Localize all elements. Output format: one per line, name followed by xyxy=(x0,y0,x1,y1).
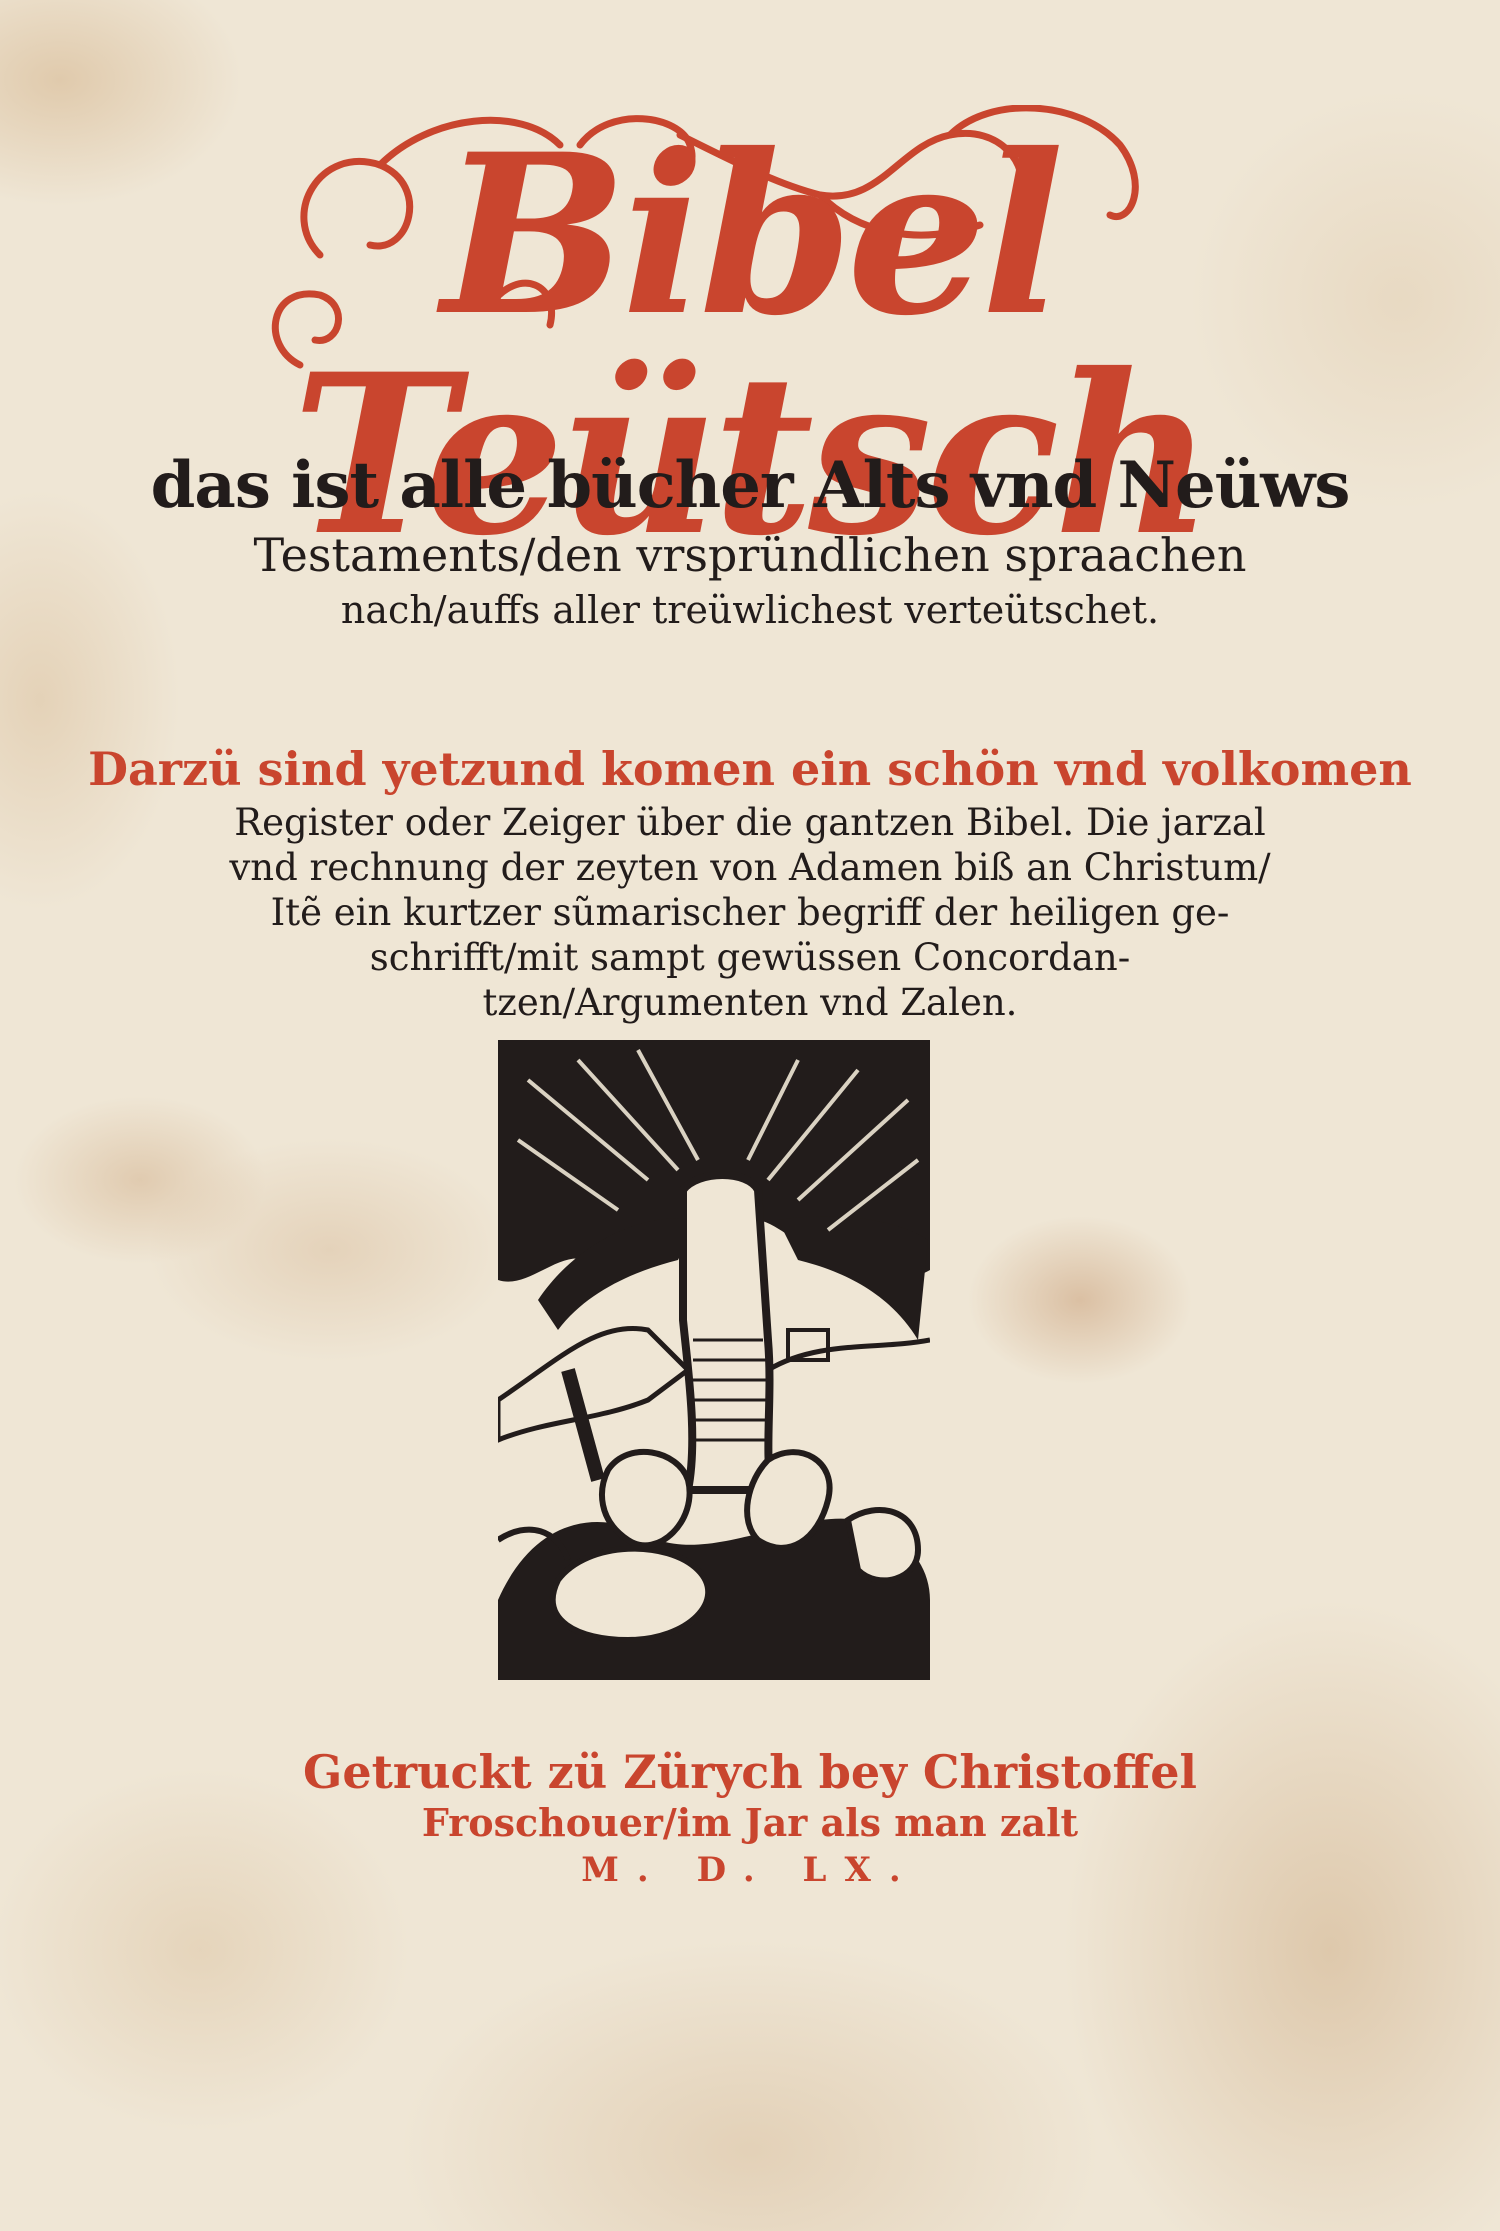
addition-line-5: tzen/Argumenten vnd Zalen. xyxy=(0,980,1500,1025)
colophon-line-2: Froschouer/im Jar als man zalt xyxy=(0,1800,1500,1845)
colophon-date: M. D. LX. xyxy=(0,1850,1500,1890)
addition-line-4: schrifft/mit sampt gewüssen Concordan- xyxy=(0,935,1500,980)
subtitle-line-3: nach/auffs aller treüwlichest verteütsch… xyxy=(0,588,1500,632)
addition-line-2: vnd rechnung der zeyten von Adamen biß a… xyxy=(0,845,1500,890)
woodcut-tree-illustration xyxy=(498,1040,930,1680)
addition-line-3: Itẽ ein kurtzer sũmarischer begriff der … xyxy=(0,890,1500,935)
addition-line-1: Register oder Zeiger über die gantzen Bi… xyxy=(0,800,1500,845)
addition-heading: Darzü sind yetzund komen ein schön vnd v… xyxy=(0,742,1500,796)
colophon-line-1: Getruckt zü Zürych bey Christoffel xyxy=(0,1745,1500,1799)
subtitle-line-2: Testaments/den vrspründlichen spraachen xyxy=(0,528,1500,582)
subtitle-line-1: das ist alle bücher Alts vnd Neüws xyxy=(0,448,1500,523)
